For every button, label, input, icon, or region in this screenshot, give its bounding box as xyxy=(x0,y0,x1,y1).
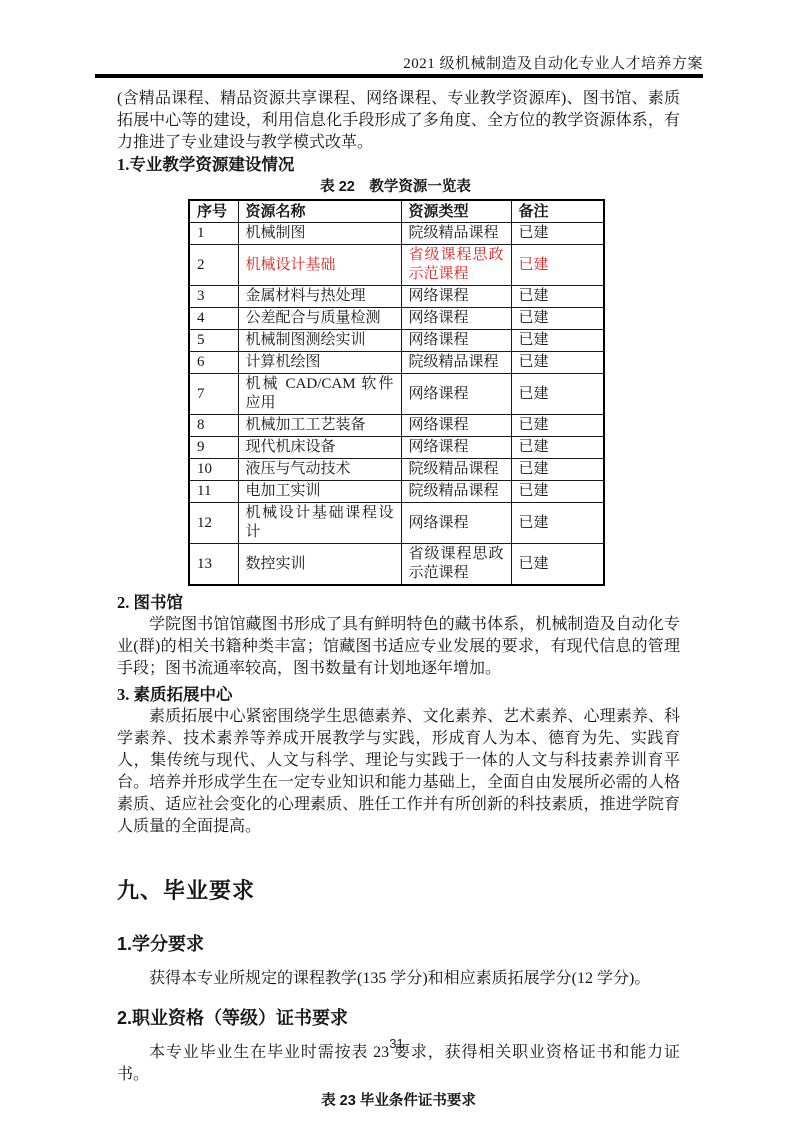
table-cell-type: 网络课程 xyxy=(401,286,511,308)
table-cell-note: 已建 xyxy=(511,437,604,459)
quality-paragraph: 素质拓展中心紧密围绕学生思德素养、文化素养、艺术素养、心理素养、科学素养、技术素… xyxy=(117,706,680,838)
table-cell-note: 已建 xyxy=(511,352,604,374)
table-cell-note: 已建 xyxy=(511,308,604,330)
resources-heading: 1.专业教学资源建设情况 xyxy=(117,154,680,176)
table-cell-type: 网络课程 xyxy=(401,415,511,437)
table-cell-name: 机械制图测绘实训 xyxy=(238,330,401,352)
table-cell-type: 网络课程 xyxy=(401,503,511,544)
table-cell-type: 省级课程思政示范课程 xyxy=(401,544,511,586)
table-row: 13数控实训省级课程思政示范课程已建 xyxy=(189,544,604,586)
certificate-heading: 2.职业资格（等级）证书要求 xyxy=(117,1006,680,1030)
table-cell-type: 省级课程思政示范课程 xyxy=(401,245,511,286)
table-cell-name: 数控实训 xyxy=(238,544,401,586)
table-cell-no: 1 xyxy=(189,223,238,245)
table-cell-no: 8 xyxy=(189,415,238,437)
table-cell-name: 计算机绘图 xyxy=(238,352,401,374)
credit-heading: 1.学分要求 xyxy=(117,932,680,956)
credit-paragraph: 获得本专业所规定的课程教学(135 学分)和相应素质拓展学分(12 学分)。 xyxy=(117,968,680,990)
table-row: 1机械制图院级精品课程已建 xyxy=(189,223,604,245)
table-cell-type: 网络课程 xyxy=(401,308,511,330)
table-cell-note: 已建 xyxy=(511,245,604,286)
table-cell-no: 6 xyxy=(189,352,238,374)
table-cell-type: 网络课程 xyxy=(401,330,511,352)
table-cell-no: 7 xyxy=(189,374,238,415)
table-cell-note: 已建 xyxy=(511,544,604,586)
table-cell-no: 4 xyxy=(189,308,238,330)
table-header-note: 备注 xyxy=(511,200,604,223)
table-row: 11电加工实训院级精品课程已建 xyxy=(189,481,604,503)
table-cell-name: 机械制图 xyxy=(238,223,401,245)
table-row: 5机械制图测绘实训网络课程已建 xyxy=(189,330,604,352)
table-cell-name: 电加工实训 xyxy=(238,481,401,503)
table-row: 7机械 CAD/CAM 软件应用网络课程已建 xyxy=(189,374,604,415)
table-row: 10液压与气动技术院级精品课程已建 xyxy=(189,459,604,481)
table-cell-note: 已建 xyxy=(511,481,604,503)
document-page: 2021 级机械制造及自动化专业人才培养方案 (含精品课程、精品资源共享课程、网… xyxy=(0,0,793,1122)
table-cell-name: 公差配合与质量检测 xyxy=(238,308,401,330)
table-23-caption: 表 23 毕业条件证书要求 xyxy=(117,1090,680,1112)
header-double-rule xyxy=(95,74,703,78)
table-cell-no: 13 xyxy=(189,544,238,586)
page-number: 31 xyxy=(0,1036,793,1051)
table-cell-note: 已建 xyxy=(511,459,604,481)
graduation-heading: 九、毕业要求 xyxy=(117,876,680,906)
table-cell-name: 现代机床设备 xyxy=(238,437,401,459)
library-paragraph: 学院图书馆馆藏图书形成了具有鲜明特色的藏书体系，机械制造及自动化专业(群)的相关… xyxy=(117,614,680,680)
page-content: (含精品课程、精品资源共享课程、网络课程、专业教学资源库)、图书馆、素质拓展中心… xyxy=(117,88,680,1112)
table-cell-name: 机械加工工艺装备 xyxy=(238,415,401,437)
table-row: 2机械设计基础省级课程思政示范课程已建 xyxy=(189,245,604,286)
table-cell-name: 机械 CAD/CAM 软件应用 xyxy=(238,374,401,415)
table-row: 9现代机床设备网络课程已建 xyxy=(189,437,604,459)
table-header-row: 序号 资源名称 资源类型 备注 xyxy=(189,200,604,223)
table-cell-no: 12 xyxy=(189,503,238,544)
table-header-type: 资源类型 xyxy=(401,200,511,223)
table-row: 8机械加工工艺装备网络课程已建 xyxy=(189,415,604,437)
table-cell-type: 院级精品课程 xyxy=(401,481,511,503)
table-row: 6计算机绘图院级精品课程已建 xyxy=(189,352,604,374)
table-cell-name: 金属材料与热处理 xyxy=(238,286,401,308)
table-cell-note: 已建 xyxy=(511,286,604,308)
quality-heading: 3. 素质拓展中心 xyxy=(117,684,680,706)
table-cell-name: 液压与气动技术 xyxy=(238,459,401,481)
table-row: 4公差配合与质量检测网络课程已建 xyxy=(189,308,604,330)
table-cell-type: 网络课程 xyxy=(401,437,511,459)
table-cell-type: 网络课程 xyxy=(401,374,511,415)
table-cell-note: 已建 xyxy=(511,415,604,437)
table-cell-note: 已建 xyxy=(511,374,604,415)
table-cell-note: 已建 xyxy=(511,223,604,245)
table-cell-type: 院级精品课程 xyxy=(401,352,511,374)
table-cell-note: 已建 xyxy=(511,503,604,544)
table-header-name: 资源名称 xyxy=(238,200,401,223)
table-cell-no: 5 xyxy=(189,330,238,352)
table-cell-name: 机械设计基础 xyxy=(238,245,401,286)
table-cell-type: 院级精品课程 xyxy=(401,459,511,481)
table-cell-no: 2 xyxy=(189,245,238,286)
table-cell-no: 11 xyxy=(189,481,238,503)
page-header-title: 2021 级机械制造及自动化专业人才培养方案 xyxy=(95,52,703,73)
table-cell-no: 10 xyxy=(189,459,238,481)
intro-paragraph: (含精品课程、精品资源共享课程、网络课程、专业教学资源库)、图书馆、素质拓展中心… xyxy=(117,88,680,154)
table-cell-name: 机械设计基础课程设计 xyxy=(238,503,401,544)
resource-table-body: 1机械制图院级精品课程已建2机械设计基础省级课程思政示范课程已建3金属材料与热处… xyxy=(189,223,604,586)
table-cell-note: 已建 xyxy=(511,330,604,352)
table-22-caption: 表 22 教学资源一览表 xyxy=(188,178,603,197)
table-cell-no: 9 xyxy=(189,437,238,459)
table-header-no: 序号 xyxy=(189,200,238,223)
library-heading: 2. 图书馆 xyxy=(117,592,680,614)
table-row: 12机械设计基础课程设计网络课程已建 xyxy=(189,503,604,544)
table-cell-type: 院级精品课程 xyxy=(401,223,511,245)
table-cell-no: 3 xyxy=(189,286,238,308)
resource-table: 序号 资源名称 资源类型 备注 1机械制图院级精品课程已建2机械设计基础省级课程… xyxy=(188,199,605,586)
table-row: 3金属材料与热处理网络课程已建 xyxy=(189,286,604,308)
